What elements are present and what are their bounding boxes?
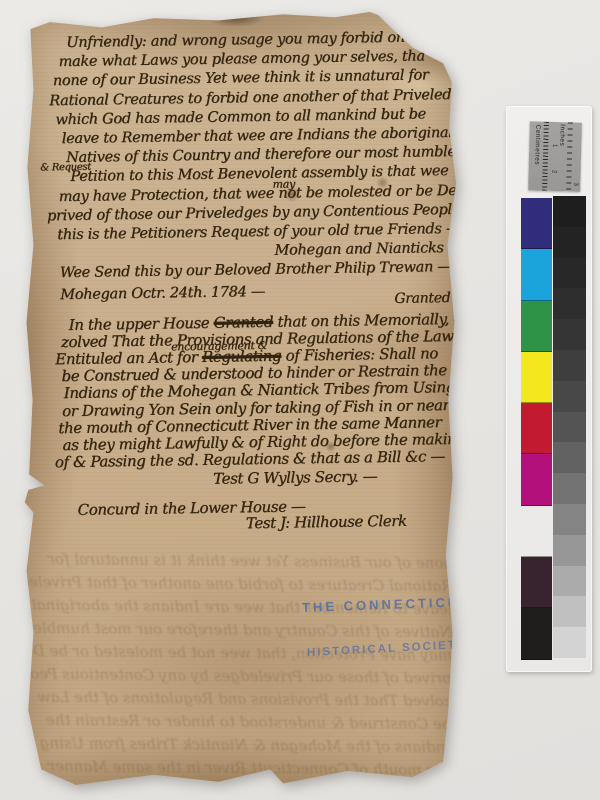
granted-notation: Granted [394, 290, 450, 307]
grayscale-step [553, 350, 586, 381]
dateline: Mohegan Octr. 24th. 1784 — Granted [60, 281, 456, 306]
grayscale-step [553, 227, 586, 258]
grayscale-step [553, 566, 586, 597]
manuscript-page: Unfriendly: and wrong usage you may forb… [24, 12, 456, 788]
ruler-label-inches: Inches [557, 124, 565, 191]
color-calibration-card: Centimetres Inches 1 2 3 [506, 106, 592, 672]
color-patch-green [521, 301, 552, 352]
resolution-paragraph: In the upper House Granted that on this … [61, 310, 460, 534]
ruler-number: 2 [551, 170, 557, 173]
color-patch-column [521, 198, 552, 660]
secretary-attestation: Test G Wyllys Secry. — [213, 466, 459, 487]
grayscale-step [553, 596, 586, 627]
color-patch-cyan [521, 249, 552, 300]
inserted-word: encouragement & [171, 339, 267, 354]
ruler-ticks-cm [542, 122, 549, 191]
grayscale-strip [553, 196, 586, 658]
clerk-attestation: Test J: Hillhouse Clerk [246, 511, 460, 532]
grayscale-step [553, 258, 586, 289]
ruler-ticks-inches [566, 122, 573, 191]
ruler-number: 1 [551, 144, 557, 147]
bleedthrough-line: the mouth of Connecticutt River in the s… [27, 757, 451, 784]
ruler-label-centimetres: Centimetres [532, 124, 540, 190]
color-patch-navy [521, 198, 552, 249]
grayscale-step [553, 288, 586, 319]
grayscale-step [553, 442, 586, 473]
dateline-text: Mohegan Octr. 24th. 1784 — [60, 284, 265, 303]
grayscale-step [553, 504, 586, 535]
color-patch-white [521, 506, 552, 557]
color-patch-dark-plum [521, 557, 552, 608]
ruler-number: 3 [572, 182, 578, 185]
struck-word: Granted [213, 312, 273, 331]
grayscale-step [553, 473, 586, 504]
handwritten-text: Unfriendly: and wrong usage you may forb… [56, 29, 460, 534]
grayscale-step [553, 381, 586, 412]
archival-photo: { "photo": { "background_color": "#e7e5e… [0, 0, 600, 800]
bleedthrough-text: none of our Business Yet wee think it is… [27, 550, 453, 784]
color-patch-yellow [521, 352, 552, 403]
color-patch-black [521, 608, 552, 659]
grayscale-step [553, 196, 586, 227]
petition-paragraph: Unfriendly: and wrong usage you may forb… [56, 29, 456, 307]
grayscale-step [553, 535, 586, 566]
grayscale-step [553, 627, 586, 658]
color-patch-red [521, 403, 552, 454]
ruler-label: Centimetres Inches 1 2 3 [528, 121, 582, 191]
inserted-margin-note: & Request [40, 162, 91, 174]
color-patch-magenta [521, 454, 552, 505]
grayscale-step [553, 412, 586, 443]
manuscript-paper-wrapper: Unfriendly: and wrong usage you may forb… [24, 12, 456, 788]
grayscale-step [553, 319, 586, 350]
inserted-word: may [272, 177, 295, 190]
